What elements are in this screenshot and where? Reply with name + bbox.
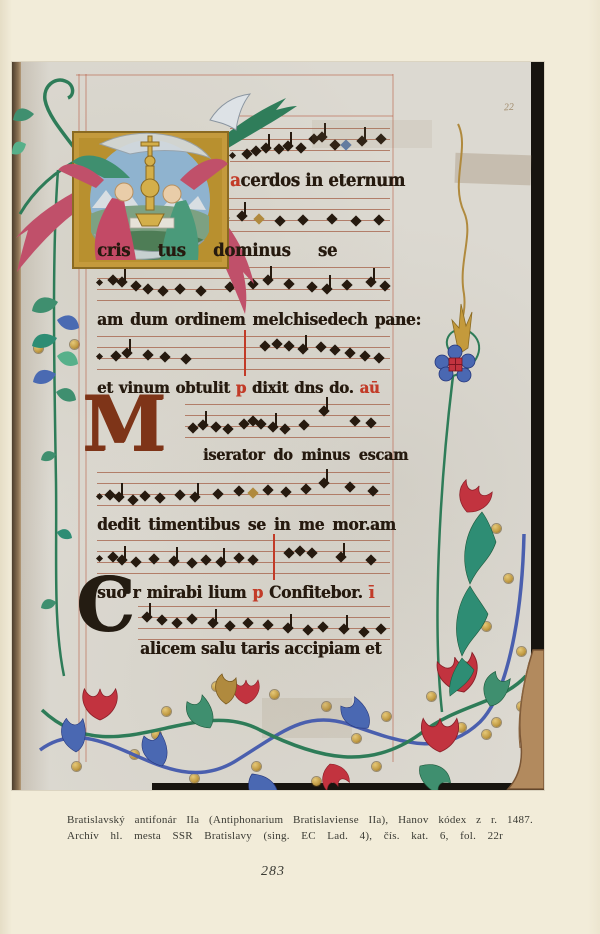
ms-words: dedit timentibus se in me mor.am (97, 514, 396, 535)
manuscript-photo-plate: acerdos in eternum cris tus dominus se a… (12, 62, 544, 790)
ms-words: alicem salu taris accipiam et (140, 638, 381, 659)
ms-text-line-6: dedit timentibus se in me mor.am (97, 514, 390, 542)
ms-words: Confitebor. (269, 582, 363, 603)
ms-rubric-mark: aū (359, 378, 379, 397)
ms-text-line-5: iserator do minus escam (203, 446, 390, 474)
ms-rubric-letter: a (230, 170, 240, 191)
initial-m: M (82, 390, 166, 458)
ms-words: am dum ordinem melchisedech pane: (97, 309, 421, 330)
ms-text-line-8: alicem salu taris accipiam et (140, 638, 390, 666)
ms-rubric-letter: p (236, 378, 252, 397)
ms-words: dixit dns do. (252, 378, 360, 397)
ms-text-line-3: am dum ordinem melchisedech pane: (97, 309, 390, 337)
ms-rubric-mark: ī (363, 582, 375, 603)
caption: Bratislavský antifonár IIa (Antiphonariu… (67, 812, 533, 844)
ms-words: iserator do minus escam (203, 446, 408, 464)
ms-text-line-7: suo r mirabi lium p Confitebor. ī (97, 582, 390, 610)
ms-text-line-1: acerdos in eternum (230, 170, 388, 198)
initial-c: C (76, 572, 135, 639)
ms-rubric-letter: p (252, 582, 269, 603)
manuscript-text-layer: acerdos in eternum cris tus dominus se a… (12, 62, 544, 790)
book-page: { "colors": { "paper_cream": "#f2ecd9", … (0, 0, 600, 934)
page-number: 283 (67, 864, 479, 880)
ms-words: cerdos in eternum (240, 170, 405, 191)
caption-line-2: Archív hl. mesta SSR Bratislavy (sing. E… (67, 828, 503, 844)
ms-words: cris tus dominus se (97, 240, 337, 261)
ms-text-line-2: cris tus dominus se (97, 240, 351, 268)
caption-line-1: Bratislavský antifonár IIa (Antiphonariu… (67, 812, 533, 828)
folio-number-mark: 22 (504, 102, 515, 114)
